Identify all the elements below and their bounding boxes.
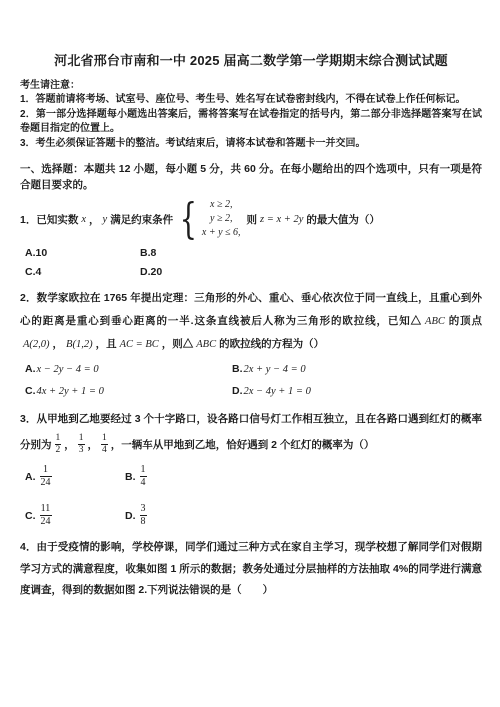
section-1-heading: 一、选择题：本题共 12 小题，每小题 5 分，共 60 分。在每小题给出的四个… (20, 161, 482, 193)
q3-fraction-2: 13 (78, 433, 85, 455)
q3-frac3-num: 1 (102, 433, 107, 444)
q3-option-c-fraction: 1124 (40, 503, 52, 527)
q3-frac1-num: 1 (56, 433, 61, 444)
q3-option-a-den: 24 (40, 476, 52, 489)
q3-option-b: B.14 (125, 465, 265, 489)
q1-constraint-2: y ≥ 2, (210, 212, 232, 226)
question-2: 2．数学家欧拉在 1765 年提出定理：三角形的外心、重心、垂心依次位于同一直线… (20, 287, 482, 356)
q3-fraction-1: 12 (55, 433, 62, 455)
notice-section: 考生请注意： 1．答题前请将考场、试室号、座位号、考生号、姓名写在试卷密封线内，… (20, 78, 482, 151)
q2-point-b: B(1,2) (66, 339, 93, 350)
q3-fraction-3: 14 (101, 433, 108, 455)
question-1: 1．已知实数 x ， y 满足约束条件 { x ≥ 2, y ≥ 2, x + … (20, 198, 482, 240)
q1-var-x: x (81, 214, 86, 225)
notice-item-1: 1．答题前请将考场、试室号、座位号、考生号、姓名写在试卷密封线内，不得在试卷上作… (20, 93, 482, 108)
q3-option-d-fraction: 38 (140, 503, 147, 527)
q2-option-c-expr: 4x + 2y + 1 = 0 (37, 386, 104, 397)
question-2-text: 2．数学家欧拉在 1765 年提出定理：三角形的外心、重心、垂心依次位于同一直线… (20, 292, 482, 327)
q2-text-4: ，则△ (162, 338, 194, 350)
q3-option-b-num: 1 (141, 464, 146, 476)
question-1-tail-2: 的最大值为（） (306, 212, 380, 227)
q3-option-b-label: B. (125, 471, 136, 483)
q2-option-d-label: D. (232, 385, 243, 397)
question-4-text: 4．由于受疫情的影响，学校停课，同学们通过三种方式在家自主学习，现学校想了解同学… (20, 541, 482, 596)
q1-constraint-system: x ≥ 2, y ≥ 2, x + y ≤ 6, (202, 198, 241, 240)
q1-option-a: A.10 (25, 247, 140, 259)
question-1-lead: 1．已知实数 (20, 212, 78, 227)
q2-option-a-expr: x − 2y − 4 = 0 (37, 364, 99, 375)
q2-text-3: ，且 (96, 338, 117, 350)
q1-option-d: D.20 (140, 266, 265, 278)
question-1-lead-2: 满足约束条件 (110, 212, 173, 227)
q2-math-abc-2: ABC (196, 339, 216, 350)
q3-option-a-fraction: 124 (40, 464, 52, 488)
question-3: 3．从甲地到乙地要经过 3 个十字路口，设各路口信号灯工作相互独立，且在各路口遇… (20, 406, 482, 458)
q2-option-b-label: B. (232, 363, 243, 375)
q2-option-a-label: A. (25, 363, 36, 375)
page-title: 河北省邢台市南和一中 2025 届高二数学第一学期期末综合测试试题 (20, 50, 482, 69)
q3-comma-2: ， (88, 439, 99, 451)
q3-option-a-label: A. (25, 471, 36, 483)
q3-option-a-num: 1 (43, 464, 48, 476)
q2-option-c-label: C. (25, 385, 36, 397)
left-brace-glyph: { (180, 199, 197, 239)
question-4: 4．由于受疫情的影响，学校停课，同学们通过三种方式在家自主学习，现学校想了解同学… (20, 537, 482, 602)
q2-math-abc: ABC (425, 316, 445, 327)
q3-option-d-label: D. (125, 510, 136, 522)
q1-comma: ， (89, 212, 100, 227)
q3-option-d-den: 8 (140, 515, 147, 528)
q2-option-b: B.2x + y − 4 = 0 (232, 363, 445, 375)
q1-var-y: y (103, 214, 108, 225)
q2-text-2: 的顶点 (448, 315, 482, 327)
q3-option-c-den: 24 (40, 515, 52, 528)
q2-option-a: A.x − 2y − 4 = 0 (25, 363, 232, 375)
q1-option-b: B.8 (140, 247, 265, 259)
q3-option-a: A.124 (25, 465, 125, 489)
q2-option-d-expr: 2x − 4y + 1 = 0 (244, 386, 311, 397)
q2-option-c: C.4x + 2y + 1 = 0 (25, 385, 232, 397)
q3-option-c: C.1124 (25, 504, 125, 528)
notice-item-3: 3．考生必须保证答题卡的整洁。考试结束后，请将本试卷和答题卡一并交回。 (20, 137, 482, 152)
question-3-options: A.124 B.14 C.1124 D.38 (25, 465, 265, 528)
q3-option-c-label: C. (25, 510, 36, 522)
q1-objective: z = x + 2y (260, 214, 303, 225)
q3-option-d: D.38 (125, 504, 265, 528)
question-1-options: A.10 B.8 C.4 D.20 (25, 247, 265, 278)
notice-heading: 考生请注意： (20, 78, 482, 93)
q3-comma-1: ， (64, 439, 75, 451)
q2-option-b-expr: 2x + y − 4 = 0 (244, 364, 306, 375)
q1-option-c: C.4 (25, 266, 140, 278)
page-content: 河北省邢台市南和一中 2025 届高二数学第一学期期末综合测试试题 考生请注意：… (0, 0, 500, 602)
q2-option-d: D.2x − 4y + 1 = 0 (232, 385, 445, 397)
q3-frac3-den: 4 (101, 444, 108, 456)
exam-paper-page: 河北省邢台市南和一中 2025 届高二数学第一学期期末综合测试试题 考生请注意：… (0, 0, 500, 707)
q2-equal-sides: AC = BC (120, 339, 159, 350)
question-1-tail: 则 (247, 212, 258, 227)
q3-frac1-den: 2 (55, 444, 62, 456)
q3-option-b-den: 4 (140, 476, 147, 489)
q3-option-c-num: 11 (41, 503, 51, 515)
question-2-options: A.x − 2y − 4 = 0 B.2x + y − 4 = 0 C.4x +… (25, 363, 445, 397)
q3-frac2-den: 3 (78, 444, 85, 456)
q2-comma: ， (53, 338, 64, 350)
q3-option-d-num: 3 (141, 503, 146, 515)
q2-text-5: 的欧拉线的方程为（） (219, 338, 324, 350)
question-3-text-2: ，一辆车从甲地到乙地，恰好遇到 2 个红灯的概率为（） (111, 439, 375, 451)
q1-constraint-3: x + y ≤ 6, (202, 226, 241, 240)
q3-frac2-num: 1 (79, 433, 84, 444)
q2-point-a: A(2,0) (23, 339, 50, 350)
q1-constraint-1: x ≥ 2, (210, 198, 232, 212)
q3-option-b-fraction: 14 (140, 464, 147, 488)
notice-item-2: 2．第一部分选择题每小题选出答案后，需将答案写在试卷指定的括号内，第二部分非选择… (20, 108, 482, 137)
